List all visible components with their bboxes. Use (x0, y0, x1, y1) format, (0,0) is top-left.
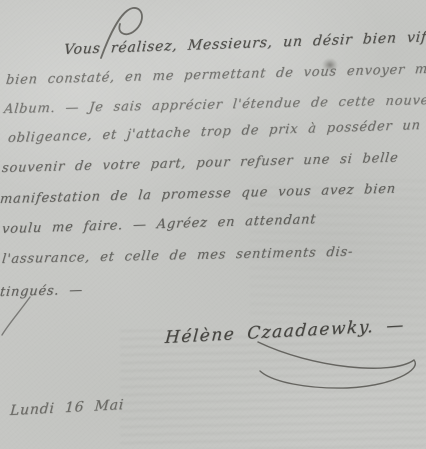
date-line: Lundi 16 Mai (10, 397, 125, 419)
handwritten-line: obligeance, et j'attache trop de prix à … (8, 118, 421, 146)
handwritten-line: voulu me faire. — Agréez en attendant (2, 212, 317, 237)
signature-text: Hélène Czaadaewky. — (164, 315, 405, 348)
signature: Hélène Czaadaewky. — (164, 315, 405, 348)
line-text: voulu me faire. — Agréez en attendant (1, 212, 317, 237)
line-text: obligeance, et j'attache trop de prix à … (7, 118, 421, 146)
handwritten-line: tingués. — (0, 283, 83, 300)
handwritten-line: manifestation de la promesse que vous av… (0, 182, 396, 207)
letter-scan-canvas: Vous réalisez, Messieurs, un désir bien … (0, 0, 426, 449)
line-text: souvenir de votre part, pour refuser une… (1, 151, 399, 176)
handwritten-line: souvenir de votre part, pour refuser une… (2, 151, 399, 176)
line-text: Vous réalisez, Messieurs, un désir bien … (63, 29, 426, 58)
date-text: Lundi 16 Mai (9, 397, 124, 419)
handwritten-line: bien constaté, en me permettant de vous … (6, 61, 426, 88)
handwritten-line: Vous réalisez, Messieurs, un désir bien … (64, 29, 426, 58)
line-text: l'assurance, et celle de mes sentiments … (1, 245, 354, 267)
line-text: manifestation de la promesse que vous av… (0, 182, 397, 207)
line-text: tingués. — (0, 283, 84, 300)
line-text: bien constaté, en me permettant de vous … (5, 61, 426, 88)
handwritten-line: Album. — Je sais apprécier l'étendue de … (4, 93, 426, 117)
handwritten-line: l'assurance, et celle de mes sentiments … (2, 245, 353, 267)
line-text: Album. — Je sais apprécier l'étendue de … (3, 93, 426, 117)
signature-underline-flourish-icon (252, 338, 424, 390)
